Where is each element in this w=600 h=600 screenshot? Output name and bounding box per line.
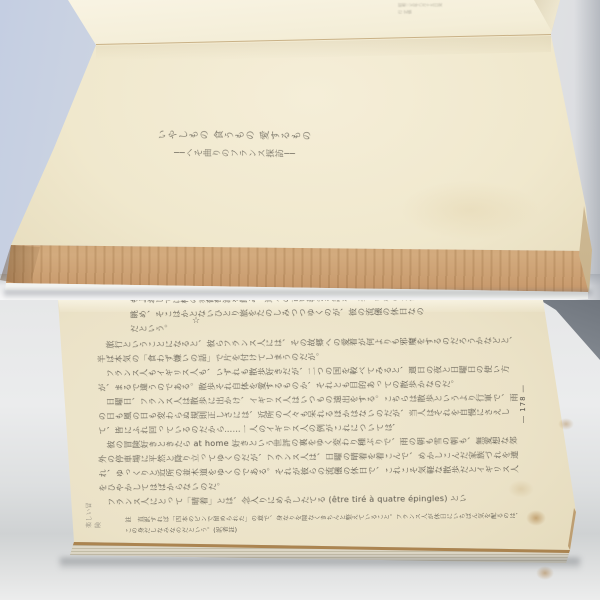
page-stain <box>400 180 540 240</box>
book-drop-shadow <box>60 558 580 570</box>
body-text: 旅行ということになると、彼らフランス人には、その故郷への愛着が何よりも邪魔をする… <box>97 333 519 511</box>
body-paragraph: 日曜日、フランス人は散歩に出かけ、イギリス人はいつもの遠出をする。こちらは散歩と… <box>98 390 518 437</box>
illegible-colophon-text: 昭和三五年六月十五日発行 定価 <box>398 1 442 15</box>
book-photo-top: 昭和三五年六月十五日発行 定価 いやしもの 食うもの 愛するもの ──ヘそ曲りの… <box>0 0 600 300</box>
foxing-stain <box>526 510 546 526</box>
running-head: 楽しい冒険 <box>84 496 92 528</box>
footnote-text: 註 直訳すれば「四本のピンで留められた」の意で、身なりを隙なくきちんと整えている… <box>125 511 523 539</box>
book-title: いやしもの 食うもの 愛するもの <box>150 126 320 146</box>
quote-continuation-text: もよおしては杯の赤葡萄酒を飲み、道々の古い教会を訪ね、美しい村の景色を眺め、そこ… <box>130 300 430 323</box>
book-photo-bottom: もよおしては杯の赤葡萄酒を飲み、道々の古い教会を訪ね、美しい村の景色を眺め、そこ… <box>0 300 600 600</box>
body-paragraph: フランス人もイギリス人も、いずれも散歩好きだが、二つの国を較べてみると、週日の夜… <box>97 361 517 394</box>
body-paragraph: 彼の冒険好きときたら at home 好きという世評の裏をゆく変わり種ぶりで、雨… <box>98 433 519 495</box>
body-paragraph: 旅行ということになると、彼らフランス人には、その故郷への愛着が何よりも邪魔をする… <box>97 333 517 366</box>
section-divider-star: ☆ <box>192 316 200 326</box>
foxing-stain <box>558 418 574 430</box>
book-drop-shadow <box>4 290 592 299</box>
page-number: ― 178 ― <box>519 383 529 423</box>
book-subtitle: ──ヘそ曲りのフランス探訪── <box>150 145 320 163</box>
body-paragraph: フランス人にとって「晴着」とは、念入りにめかしたてる (être tiré à … <box>99 490 519 509</box>
book-title-block: いやしもの 食うもの 愛するもの ──ヘそ曲りのフランス探訪── <box>150 126 320 167</box>
